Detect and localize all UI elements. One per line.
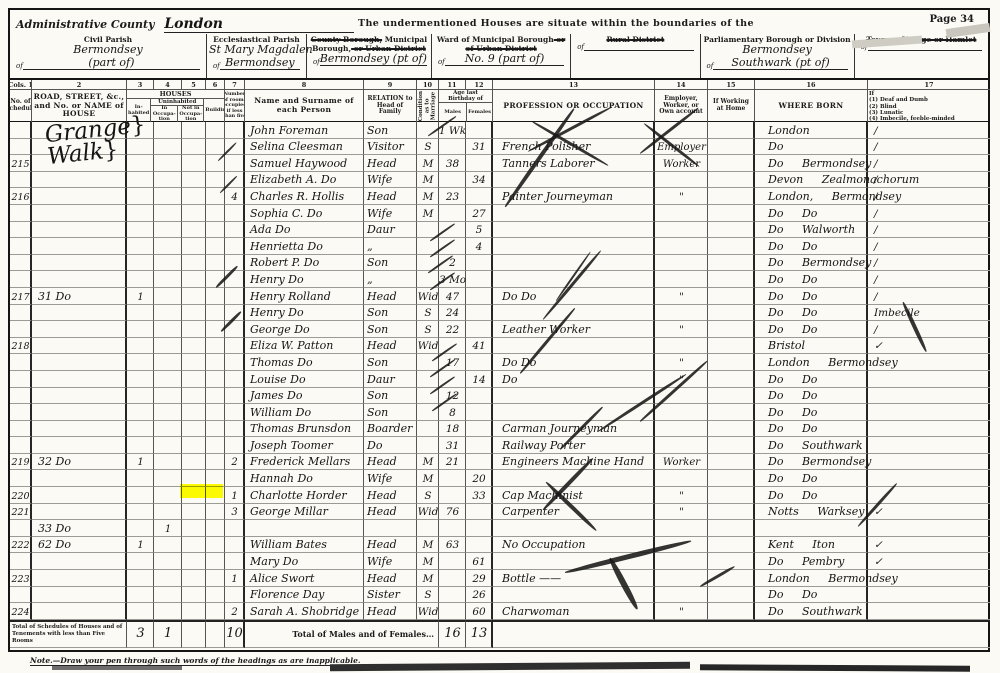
cell-employer xyxy=(655,470,708,487)
cell-houses-not-in-occupation xyxy=(182,305,206,322)
cell-rooms xyxy=(225,321,245,338)
col-num-15: 15 xyxy=(708,80,755,90)
cell-infirmity xyxy=(868,371,990,388)
cell-age-female xyxy=(466,188,493,205)
cell-houses-inhabited xyxy=(127,570,154,587)
cell-houses-not-in-occupation xyxy=(182,172,206,189)
cell-relation: Head xyxy=(364,537,417,554)
district-box-5: Parliamentary Borough or DivisionBermond… xyxy=(700,34,854,78)
cell-rooms: 2 xyxy=(225,454,245,471)
cell-schedule-no: 220 xyxy=(10,487,32,504)
scan-artifact xyxy=(52,666,182,670)
cell-relation: Visitor xyxy=(364,139,417,156)
cell-infirmity: ✓ xyxy=(868,338,990,355)
cell-relation: Sister xyxy=(364,587,417,604)
cell-houses-inhabited xyxy=(127,437,154,454)
cell-age-male: 31 xyxy=(439,437,466,454)
cell-age-female: 5 xyxy=(466,222,493,239)
cell-condition: M xyxy=(417,454,439,471)
cell-where-born: Do Southwark xyxy=(755,603,868,620)
cell-employer: " xyxy=(655,321,708,338)
cell-age-male: 8 xyxy=(439,404,466,421)
cell-houses-not-in-occupation xyxy=(182,603,206,620)
cell-infirmity xyxy=(868,520,990,537)
cell-where-born: Do xyxy=(755,139,868,156)
cell-houses-inhabited xyxy=(127,172,154,189)
cell-where-born: Do Do xyxy=(755,404,868,421)
cell-rooms xyxy=(225,388,245,405)
cell-where-born: London Bermondsey xyxy=(755,570,868,587)
cell-houses-building xyxy=(206,603,225,620)
cell-houses-inhabited xyxy=(127,603,154,620)
scan-artifact xyxy=(330,662,690,672)
totals-empty xyxy=(206,620,225,648)
cell-condition: Wid xyxy=(417,603,439,620)
cell-schedule-no xyxy=(10,520,32,537)
cell-occupation xyxy=(493,222,655,239)
cell-schedule-no: 217 xyxy=(10,288,32,305)
cell-where-born: Do Do xyxy=(755,321,868,338)
cell-infirmity: / xyxy=(868,122,990,139)
cell-age-male xyxy=(439,338,466,355)
cell-age-female xyxy=(466,354,493,371)
cell-relation: Daur xyxy=(364,222,417,239)
cell-condition: M xyxy=(417,553,439,570)
cell-schedule-no xyxy=(10,271,32,288)
cell-road xyxy=(32,404,127,421)
totals-houses-inhabited: 3 xyxy=(127,620,154,648)
cell-working-at-home xyxy=(708,553,755,570)
cell-schedule-no xyxy=(10,470,32,487)
cell-road xyxy=(32,222,127,239)
col-header-not-in-occupation: Not in Occupa-tion xyxy=(178,106,203,122)
cell-houses-building xyxy=(206,504,225,521)
cell-employer: " xyxy=(655,504,708,521)
cell-occupation: Carpenter xyxy=(493,504,655,521)
cell-age-male: 21 xyxy=(439,454,466,471)
cell-working-at-home xyxy=(708,222,755,239)
cell-schedule-no xyxy=(10,122,32,139)
cell-houses-building xyxy=(206,404,225,421)
highlight-marker xyxy=(180,484,223,498)
cell-rooms: 1 xyxy=(225,487,245,504)
cell-houses-in-occupation xyxy=(154,172,182,189)
cell-occupation: Do Do xyxy=(493,288,655,305)
cell-rooms: 1 xyxy=(225,570,245,587)
district-box-2: County Borough, Municipal Borough, or Ur… xyxy=(306,34,431,78)
cell-occupation: No Occupation xyxy=(493,537,655,554)
col-num-1: Cols. 1 xyxy=(10,80,32,90)
cell-working-at-home xyxy=(708,520,755,537)
cell-name: Samuel Haywood xyxy=(245,155,364,172)
cell-age-male: 18 xyxy=(439,421,466,438)
totals-empty xyxy=(493,620,990,648)
cell-where-born: Do Do xyxy=(755,487,868,504)
cell-houses-not-in-occupation xyxy=(182,504,206,521)
cell-age-female: 26 xyxy=(466,587,493,604)
cell-houses-building xyxy=(206,553,225,570)
cell-relation: Head xyxy=(364,504,417,521)
cell-where-born: London, Bermondsey xyxy=(755,188,868,205)
cell-occupation xyxy=(493,205,655,222)
cell-where-born: Do Southwark xyxy=(755,437,868,454)
cell-schedule-no xyxy=(10,421,32,438)
cell-age-female: 20 xyxy=(466,470,493,487)
cell-age-male: 76 xyxy=(439,504,466,521)
cell-name: Florence Day xyxy=(245,587,364,604)
cell-infirmity: ✓ xyxy=(868,537,990,554)
cell-houses-inhabited xyxy=(127,238,154,255)
cell-age-male: 23 xyxy=(439,188,466,205)
cell-houses-in-occupation xyxy=(154,421,182,438)
cell-infirmity: ✓ xyxy=(868,553,990,570)
cell-employer: " xyxy=(655,371,708,388)
cell-relation: „ xyxy=(364,271,417,288)
cell-road xyxy=(32,487,127,504)
cell-houses-not-in-occupation xyxy=(182,222,206,239)
cell-name: George Do xyxy=(245,321,364,338)
cell-houses-inhabited: 1 xyxy=(127,454,154,471)
totals-empty xyxy=(182,620,206,648)
cell-houses-not-in-occupation xyxy=(182,537,206,554)
col-header-schedule: No. of Schedule xyxy=(10,90,32,122)
cell-schedule-no xyxy=(10,587,32,604)
cell-age-female: 41 xyxy=(466,338,493,355)
cell-rooms: 2 xyxy=(225,603,245,620)
cell-condition: M xyxy=(417,537,439,554)
cell-relation: Wife xyxy=(364,205,417,222)
cell-condition xyxy=(417,238,439,255)
cell-road xyxy=(32,255,127,272)
cell-houses-inhabited xyxy=(127,188,154,205)
cell-infirmity xyxy=(868,454,990,471)
cell-name: Robert P. Do xyxy=(245,255,364,272)
cell-houses-not-in-occupation xyxy=(182,388,206,405)
page-number: Page 34 xyxy=(930,14,974,25)
col-header-building: Building xyxy=(204,99,225,122)
cell-name: Alice Swort xyxy=(245,570,364,587)
cell-occupation xyxy=(493,470,655,487)
cell-houses-inhabited xyxy=(127,587,154,604)
col-header-profession: PROFESSION OR OCCUPATION xyxy=(493,90,655,122)
cell-houses-inhabited xyxy=(127,470,154,487)
cell-occupation: Tanners Laborer xyxy=(493,155,655,172)
cell-relation: Daur xyxy=(364,371,417,388)
cell-where-born: Do Do xyxy=(755,271,868,288)
cell-name: Charlotte Horder xyxy=(245,487,364,504)
cell-employer xyxy=(655,172,708,189)
cell-occupation xyxy=(493,172,655,189)
cell-rooms: 4 xyxy=(225,188,245,205)
cell-infirmity xyxy=(868,587,990,604)
cell-houses-building xyxy=(206,172,225,189)
cell-name: William Do xyxy=(245,404,364,421)
form-header: Administrative County London The underme… xyxy=(8,8,990,78)
col-header-where-born: WHERE BORN xyxy=(755,90,868,122)
cell-relation: Wife xyxy=(364,172,417,189)
cell-road xyxy=(32,570,127,587)
cell-rooms xyxy=(225,537,245,554)
cell-rooms xyxy=(225,305,245,322)
cell-where-born: Do Do xyxy=(755,388,868,405)
cell-age-female: 60 xyxy=(466,603,493,620)
cell-infirmity: / xyxy=(868,255,990,272)
cell-houses-not-in-occupation xyxy=(182,139,206,156)
cell-working-at-home xyxy=(708,421,755,438)
cell-houses-inhabited: 1 xyxy=(127,537,154,554)
cell-houses-not-in-occupation xyxy=(182,553,206,570)
cell-where-born: Do Do xyxy=(755,305,868,322)
cell-houses-inhabited xyxy=(127,371,154,388)
cell-condition: M xyxy=(417,470,439,487)
cell-working-at-home xyxy=(708,122,755,139)
col-num-9: 9 xyxy=(364,80,417,90)
cell-houses-in-occupation xyxy=(154,388,182,405)
cell-relation: Son xyxy=(364,354,417,371)
cell-name: Eliza W. Patton xyxy=(245,338,364,355)
cell-houses-not-in-occupation xyxy=(182,122,206,139)
col-num-4: 4 xyxy=(154,80,182,90)
col-num-17: 17 xyxy=(868,80,990,90)
col-num-5: 5 xyxy=(182,80,206,90)
cell-road: 32 Do xyxy=(32,454,127,471)
cell-working-at-home xyxy=(708,454,755,471)
cell-where-born: Do Do xyxy=(755,421,868,438)
cell-condition xyxy=(417,122,439,139)
cell-employer xyxy=(655,570,708,587)
cell-condition: S xyxy=(417,139,439,156)
cell-working-at-home xyxy=(708,172,755,189)
cell-rooms: 3 xyxy=(225,504,245,521)
cell-where-born: Do Bermondsey xyxy=(755,155,868,172)
cell-schedule-no xyxy=(10,139,32,156)
cell-working-at-home xyxy=(708,354,755,371)
cell-houses-building xyxy=(206,437,225,454)
cell-relation: Son xyxy=(364,122,417,139)
cell-rooms xyxy=(225,122,245,139)
col-num-13: 13 xyxy=(493,80,655,90)
cell-houses-in-occupation xyxy=(154,504,182,521)
footer-note: Note.—Draw your pen through such words o… xyxy=(30,656,360,665)
cell-age-female xyxy=(466,388,493,405)
cell-working-at-home xyxy=(708,188,755,205)
cell-houses-not-in-occupation xyxy=(182,255,206,272)
cell-houses-not-in-occupation xyxy=(182,321,206,338)
cell-age-female xyxy=(466,421,493,438)
cell-houses-building xyxy=(206,238,225,255)
cell-working-at-home xyxy=(708,321,755,338)
cell-houses-building xyxy=(206,338,225,355)
col-num-16: 16 xyxy=(755,80,868,90)
district-label: County Borough, Municipal Borough, or Ur… xyxy=(309,35,429,53)
cell-infirmity xyxy=(868,470,990,487)
cell-road xyxy=(32,188,127,205)
cell-occupation: Painter Journeyman xyxy=(493,188,655,205)
cell-working-at-home xyxy=(708,504,755,521)
cell-road xyxy=(32,321,127,338)
cell-houses-not-in-occupation xyxy=(182,155,206,172)
cell-where-born: Do Bermondsey xyxy=(755,255,868,272)
table-body: John ForemanSon1 WkLondon/Selina Cleesma… xyxy=(8,122,990,652)
cell-houses-building xyxy=(206,139,225,156)
district-value2: (part of) xyxy=(88,56,134,69)
cell-houses-in-occupation xyxy=(154,255,182,272)
cell-road xyxy=(32,421,127,438)
cell-houses-building xyxy=(206,570,225,587)
cell-houses-building xyxy=(206,321,225,338)
cell-condition xyxy=(417,354,439,371)
cell-relation: Head xyxy=(364,454,417,471)
cell-condition xyxy=(417,520,439,537)
cell-houses-inhabited xyxy=(127,338,154,355)
cell-road xyxy=(32,371,127,388)
cell-name: Louise Do xyxy=(245,371,364,388)
cell-relation: Head xyxy=(364,288,417,305)
cell-rooms xyxy=(225,421,245,438)
cell-name: John Foreman xyxy=(245,122,364,139)
cell-road xyxy=(32,172,127,189)
boundaries-statement: The undermentioned Houses are situate wi… xyxy=(358,18,754,29)
cell-name: Thomas Do xyxy=(245,354,364,371)
cell-condition xyxy=(417,404,439,421)
cell-condition: M xyxy=(417,205,439,222)
cell-employer xyxy=(655,537,708,554)
cell-employer: Worker xyxy=(655,155,708,172)
cell-relation: Son xyxy=(364,255,417,272)
district-value: St Mary Magdalen xyxy=(209,43,304,56)
cell-employer: Employer xyxy=(655,139,708,156)
cell-houses-building xyxy=(206,288,225,305)
cell-houses-in-occupation xyxy=(154,437,182,454)
cell-age-male: 47 xyxy=(439,288,466,305)
cell-schedule-no: 219 xyxy=(10,454,32,471)
totals-males: 16 xyxy=(439,620,466,648)
cell-houses-building xyxy=(206,388,225,405)
cell-houses-not-in-occupation xyxy=(182,338,206,355)
cell-condition xyxy=(417,271,439,288)
cell-houses-inhabited xyxy=(127,255,154,272)
cell-houses-inhabited xyxy=(127,271,154,288)
cell-where-born: Notts Warksey xyxy=(755,504,868,521)
cell-houses-in-occupation xyxy=(154,188,182,205)
cell-working-at-home xyxy=(708,487,755,504)
cell-age-male: 38 xyxy=(439,155,466,172)
col-header-age-group: Age last Birthday of Males Females xyxy=(439,90,493,122)
cell-houses-in-occupation xyxy=(154,537,182,554)
cell-occupation xyxy=(493,122,655,139)
cell-rooms xyxy=(225,172,245,189)
cell-name xyxy=(245,520,364,537)
cell-houses-in-occupation xyxy=(154,155,182,172)
cell-age-male: 17 xyxy=(439,354,466,371)
cell-employer xyxy=(655,122,708,139)
cell-working-at-home xyxy=(708,371,755,388)
cell-age-male: 2 xyxy=(439,255,466,272)
col-header-working-at-home: If Working at Home xyxy=(708,90,755,122)
cell-relation: Son xyxy=(364,388,417,405)
district-value: Bermondsey xyxy=(703,43,852,56)
totals-rooms: 10 xyxy=(225,620,245,648)
cell-age-male xyxy=(439,172,466,189)
cell-houses-building xyxy=(206,122,225,139)
cell-age-female xyxy=(466,504,493,521)
cell-where-born: Do Do xyxy=(755,288,868,305)
district-box-4: Rural Districtof xyxy=(570,34,699,78)
cell-houses-inhabited xyxy=(127,487,154,504)
cell-age-female: 34 xyxy=(466,172,493,189)
cell-age-male xyxy=(439,371,466,388)
cell-infirmity xyxy=(868,487,990,504)
cell-employer xyxy=(655,553,708,570)
col-header-in-occupation: In Occupa-tion xyxy=(151,106,178,122)
cell-name: George Millar xyxy=(245,504,364,521)
cell-infirmity: / xyxy=(868,238,990,255)
cell-name: Henry Do xyxy=(245,305,364,322)
cell-schedule-no xyxy=(10,222,32,239)
col-header-name: Name and Surname of each Person xyxy=(245,90,364,122)
cell-road xyxy=(32,205,127,222)
cell-occupation: Do Do xyxy=(493,354,655,371)
cell-employer xyxy=(655,338,708,355)
cell-relation: Head xyxy=(364,570,417,587)
cell-age-female xyxy=(466,404,493,421)
cell-relation: Head xyxy=(364,603,417,620)
cell-houses-inhabited xyxy=(127,305,154,322)
district-value2: Southwark (pt of) xyxy=(731,56,829,69)
cell-houses-in-occupation xyxy=(154,238,182,255)
cell-age-female xyxy=(466,520,493,537)
district-value2: No. 9 (part of) xyxy=(465,52,545,65)
cell-where-born: Devon Zealmonachorum xyxy=(755,172,868,189)
cell-name: Hannah Do xyxy=(245,470,364,487)
cell-houses-not-in-occupation xyxy=(182,421,206,438)
cell-houses-inhabited xyxy=(127,321,154,338)
cell-working-at-home xyxy=(708,205,755,222)
cell-employer: " xyxy=(655,487,708,504)
cell-houses-not-in-occupation xyxy=(182,570,206,587)
cell-age-female: 29 xyxy=(466,570,493,587)
cell-occupation xyxy=(493,404,655,421)
cell-employer xyxy=(655,421,708,438)
cell-condition: Wid xyxy=(417,504,439,521)
cell-employer xyxy=(655,222,708,239)
cell-age-female: 33 xyxy=(466,487,493,504)
cell-houses-building xyxy=(206,371,225,388)
district-boxes: Civil ParishBermondseyof(part of)Ecclesi… xyxy=(10,34,988,78)
cell-schedule-no xyxy=(10,388,32,405)
cell-age-male xyxy=(439,487,466,504)
cell-age-female xyxy=(466,271,493,288)
cell-employer: " xyxy=(655,354,708,371)
cell-houses-in-occupation xyxy=(154,354,182,371)
cell-houses-not-in-occupation xyxy=(182,587,206,604)
cell-age-female: 27 xyxy=(466,205,493,222)
cell-houses-inhabited xyxy=(127,421,154,438)
cell-rooms xyxy=(225,238,245,255)
cell-age-female: 4 xyxy=(466,238,493,255)
cell-houses-in-occupation xyxy=(154,587,182,604)
cell-houses-not-in-occupation xyxy=(182,288,206,305)
cell-occupation: Railway Porter xyxy=(493,437,655,454)
cell-employer xyxy=(655,437,708,454)
cell-condition: M xyxy=(417,570,439,587)
cell-age-female xyxy=(466,255,493,272)
cell-age-female xyxy=(466,321,493,338)
cell-employer xyxy=(655,388,708,405)
cell-houses-in-occupation xyxy=(154,222,182,239)
cell-rooms xyxy=(225,354,245,371)
cell-name: Frederick Mellars xyxy=(245,454,364,471)
